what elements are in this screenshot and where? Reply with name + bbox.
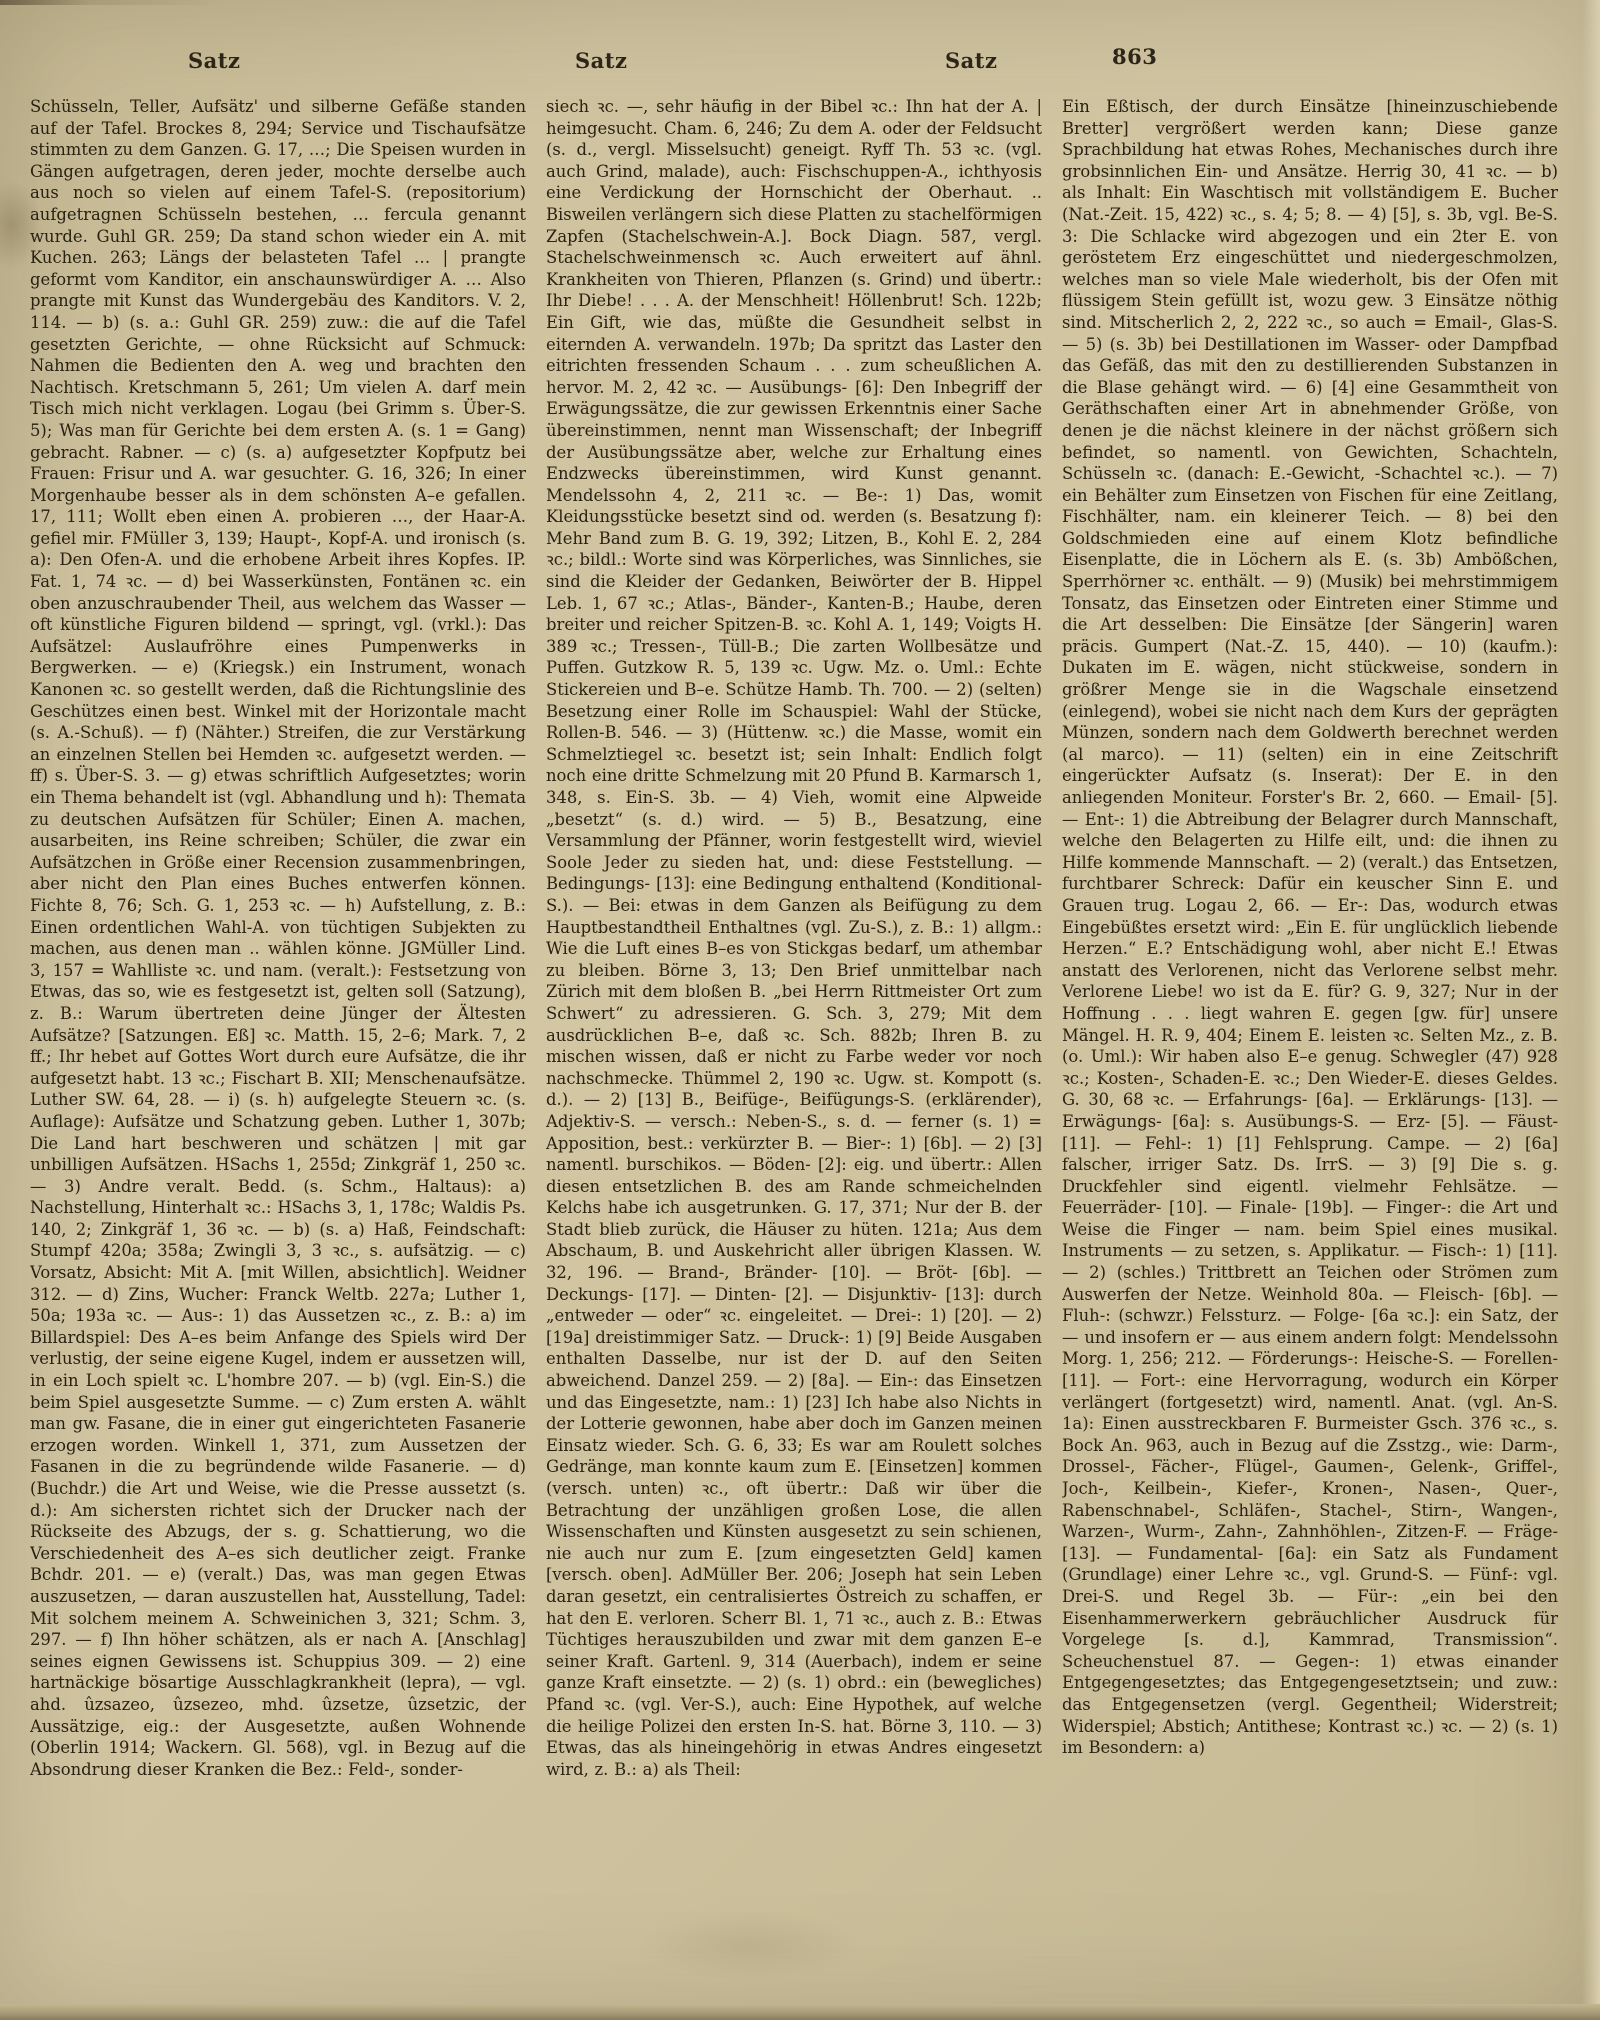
running-head-right: Satz bbox=[945, 48, 997, 73]
text-columns: Schüsseln, Teller, Aufsätz' und silberne… bbox=[30, 96, 1558, 1991]
running-header: Satz Satz Satz 863 bbox=[0, 48, 1600, 82]
running-head-left: Satz bbox=[188, 48, 240, 73]
scan-edge-bottom bbox=[0, 2004, 1600, 2020]
scan-edge-right bbox=[1582, 0, 1600, 2020]
scan-edge-top bbox=[0, 0, 1600, 5]
text-column-2: siech ꝛc. —, sehr häufig in der Bibel ꝛc… bbox=[546, 96, 1042, 1991]
text-column-1: Schüsseln, Teller, Aufsätz' und silberne… bbox=[30, 96, 526, 1991]
dictionary-page: Satz Satz Satz 863 Schüsseln, Teller, Au… bbox=[0, 0, 1600, 2020]
page-number: 863 bbox=[1112, 44, 1157, 69]
running-head-center: Satz bbox=[575, 48, 627, 73]
text-column-3: Ein Eßtisch, der durch Einsätze [hineinz… bbox=[1062, 96, 1558, 1991]
